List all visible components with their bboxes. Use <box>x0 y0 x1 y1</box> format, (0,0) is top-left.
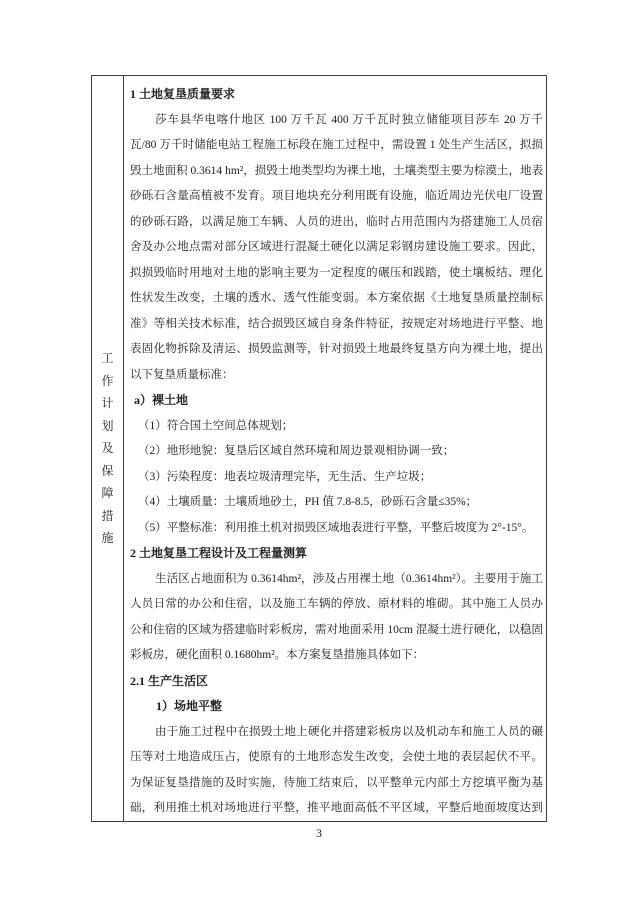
list-item: （3）污染程度：地表垃圾清理完毕，无生活、生产垃圾； <box>130 465 543 491</box>
list-item: （2）地形地貌：复垦后区域自然环境和周边景观相协调一致； <box>130 439 543 465</box>
document-page: 工作计划及保障措施 1 土地复垦质量要求 莎车县华电喀什地区 100 万千瓦 4… <box>0 0 634 898</box>
section-heading: 2 土地复垦工程设计及工程量测算 <box>130 541 543 567</box>
row-header-cell: 工作计划及保障措施 <box>92 76 124 821</box>
list-item: （4）土壤质量：土壤质地砂土，PH 值 7.8-8.5，砂砾石含量≤35%； <box>130 490 543 516</box>
section-heading: 2.1 生产生活区 <box>130 669 543 695</box>
list-item: （1）符合国土空间总体规划； <box>130 414 543 440</box>
paragraph: 由于施工过程中在损毁土地上硬化并搭建彩板房以及机动车和施工人员的碾压等对土地造成… <box>130 720 543 822</box>
report-table: 工作计划及保障措施 1 土地复垦质量要求 莎车县华电喀什地区 100 万千瓦 4… <box>91 75 547 822</box>
row-header-label: 工作计划及保障措施 <box>101 347 115 550</box>
sub-heading: 1）场地平整 <box>130 694 543 720</box>
paragraph: 生活区占地面积为 0.3614hm²，涉及占用裸土地（0.3614hm²）。主要… <box>130 567 543 669</box>
section-heading: 1 土地复垦质量要求 <box>130 82 543 108</box>
page-number: 3 <box>91 825 547 841</box>
list-item: （5）平整标准：利用推土机对损毁区域地表进行平整，平整后坡度为 2°-15°。 <box>130 516 543 542</box>
sub-heading: a）裸土地 <box>130 388 543 414</box>
content-cell: 1 土地复垦质量要求 莎车县华电喀什地区 100 万千瓦 400 万千瓦时独立储… <box>124 76 546 821</box>
paragraph: 莎车县华电喀什地区 100 万千瓦 400 万千瓦时独立储能项目莎车 20 万千… <box>130 108 543 389</box>
